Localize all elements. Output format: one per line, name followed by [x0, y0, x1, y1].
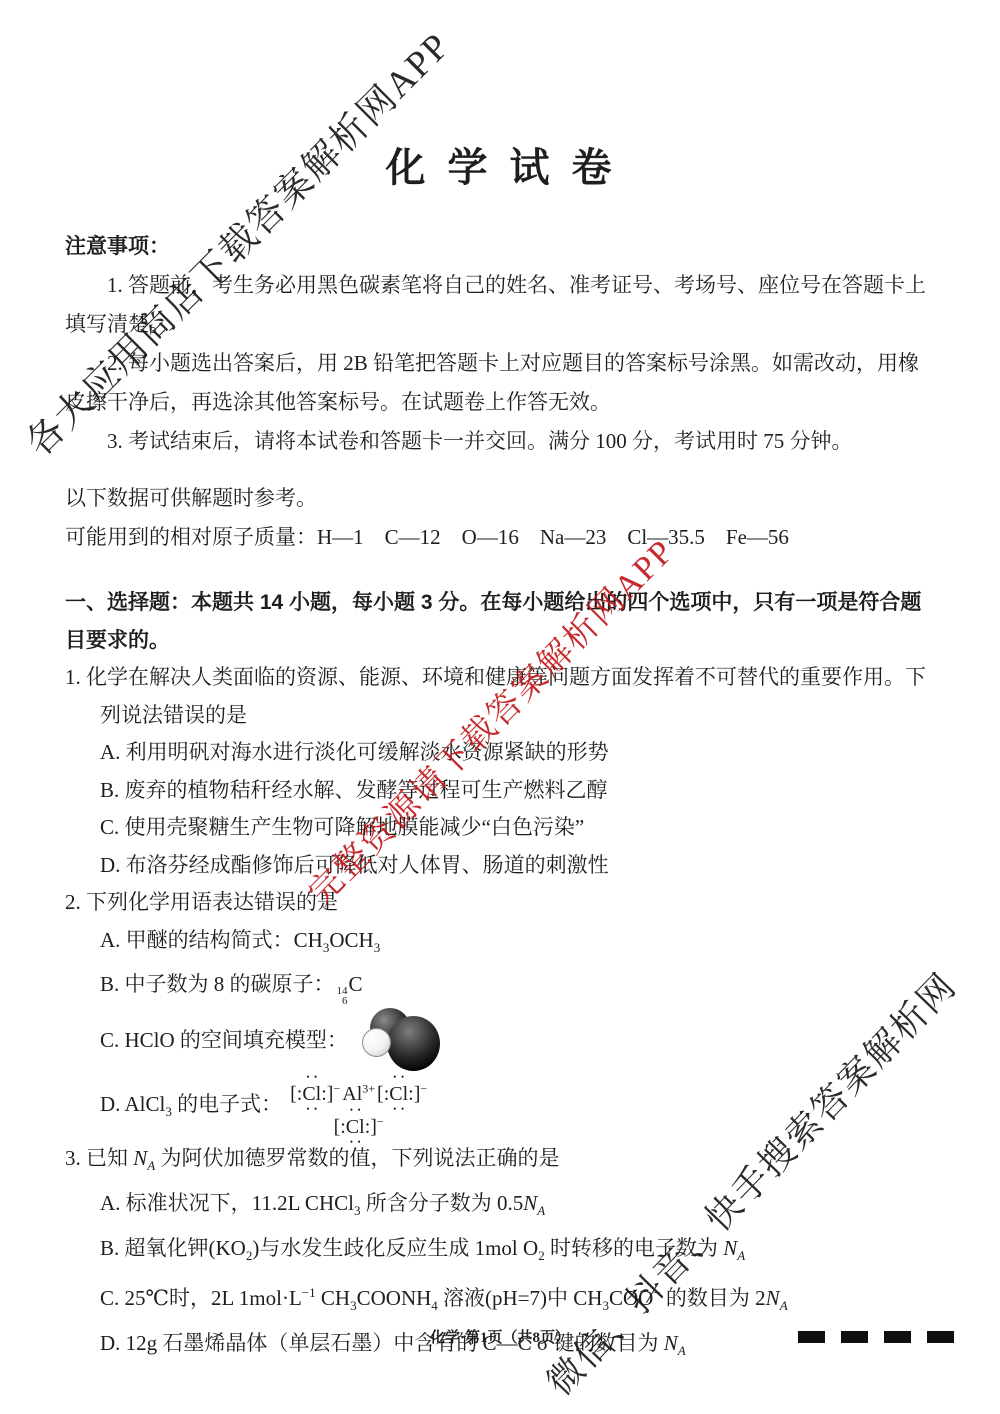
notice-item-2: 2. 每小题选出答案后，用 2B 铅笔把答题卡上对应题目的答案标号涂黑。如需改动… — [65, 344, 938, 422]
hydrogen-sphere — [362, 1028, 391, 1057]
question-3-stem: 3. 已知 NA 为阿伏加德罗常数的值，下列说法正确的是 — [65, 1140, 938, 1185]
hclo-spacefill-model — [362, 1008, 440, 1074]
question-2-stem: 2. 下列化学用语表达错误的是 — [65, 884, 938, 922]
question-1: 1. 化学在解决人类面临的资源、能源、环境和健康等问题方面发挥着不可替代的重要作… — [65, 659, 938, 884]
lewis-top-row: [:Cl:]−Al3+[:Cl:]− — [290, 1083, 427, 1105]
notice-heading: 注意事项： — [65, 227, 938, 266]
notice-item-1: 1. 答题前，考生务必用黑色碳素笔将自己的姓名、准考证号、考场号、座位号在答题卡… — [65, 266, 938, 344]
chlorine-atom: Cl — [389, 1081, 408, 1108]
question-1-option-a: A. 利用明矾对海水进行淡化可缓解淡水资源紧缺的形势 — [100, 734, 938, 772]
charge-3plus: 3+ — [362, 1082, 375, 1096]
reference-masses-line: 可能用到的相对原子质量：H—1 C—12 O—16 Na—23 Cl—35.5 … — [65, 518, 938, 557]
question-1-stem: 1. 化学在解决人类面临的资源、能源、环境和健康等问题方面发挥着不可替代的重要作… — [65, 659, 938, 734]
alcl3-lewis-structure: [:Cl:]−Al3+[:Cl:]−[:Cl:]− — [290, 1076, 427, 1141]
question-3-option-a: A. 标准状况下，11.2L CHCl3 所含分子数为 0.5NA — [100, 1185, 938, 1230]
chloride-ion-unit: [:Cl:]− — [290, 1083, 340, 1105]
notice-item-3: 3. 考试结束后，请将本试卷和答题卡一并交回。满分 100 分，考试用时 75 … — [65, 422, 938, 461]
registration-mark — [841, 1331, 868, 1343]
question-2-option-b: B. 中子数为 8 的碳原子：146C — [100, 966, 938, 1006]
question-1-option-d: D. 布洛芬经成酯修饰后可降低对人体胃、肠道的刺激性 — [100, 847, 938, 885]
chloride-ion-unit: [:Cl:]− — [334, 1116, 384, 1138]
aluminum-cation: Al3+ — [342, 1083, 375, 1105]
isotope-mass-number: 146 — [337, 986, 348, 1006]
page-title: 化 学 试 卷 — [65, 136, 938, 193]
question-2: 2. 下列化学用语表达错误的是A. 甲醚的结构简式：CH3OCH3B. 中子数为… — [65, 884, 938, 1140]
reference-masses-values: H—1 C—12 O—16 Na—23 Cl—35.5 Fe—56 — [317, 525, 789, 549]
charge-minus: − — [377, 1114, 384, 1128]
reference-intro: 以下数据可供解题时参考。 — [65, 479, 938, 518]
chlorine-atom: Cl — [346, 1114, 365, 1141]
question-1-option-b: B. 废弃的植物秸秆经水解、发酵等过程可生产燃料乙醇 — [100, 772, 938, 810]
charge-minus: − — [333, 1082, 340, 1096]
chlorine-sphere — [387, 1016, 440, 1071]
question-2-option-a: A. 甲醚的结构简式：CH3OCH3 — [100, 922, 938, 967]
registration-mark — [884, 1331, 911, 1343]
section-heading: 一、选择题：本题共 14 小题，每小题 3 分。在每小题给出的四个选项中，只有一… — [65, 584, 938, 659]
page-content: 化 学 试 卷 注意事项： 1. 答题前，考生务必用黑色碳素笔将自己的姓名、准考… — [65, 0, 938, 1370]
reference-masses-label: 可能用到的相对原子质量： — [65, 525, 317, 549]
charge-minus: − — [420, 1082, 427, 1096]
registration-mark — [927, 1331, 954, 1343]
isotope-sub: 6 — [342, 996, 348, 1006]
question-3-option-b: B. 超氧化钾(KO2)与水发生歧化反应生成 1mol O2 时转移的电子数为 … — [100, 1230, 938, 1275]
chloride-ion-unit: [:Cl:]− — [377, 1083, 427, 1105]
question-2-option-d-label: D. AlCl3 的电子式： — [100, 1086, 282, 1131]
chlorine-atom: Cl — [302, 1081, 321, 1108]
question-1-option-c: C. 使用壳聚糖生产生物可降解地膜能减少“白色污染” — [100, 809, 938, 847]
question-3-option-c: C. 25℃时，2L 1mol·L−1 CH3COONH4 溶液(pH=7)中 … — [100, 1274, 938, 1325]
questions-list: 1. 化学在解决人类面临的资源、能源、环境和健康等问题方面发挥着不可替代的重要作… — [65, 659, 938, 1370]
question-2-option-c: C. HClO 的空间填充模型： — [100, 1006, 938, 1076]
registration-marks — [798, 1331, 954, 1343]
registration-mark — [798, 1331, 825, 1343]
question-2-option-d: D. AlCl3 的电子式：[:Cl:]−Al3+[:Cl:]−[:Cl:]− — [100, 1076, 938, 1140]
question-2-option-c-label: C. HClO 的空间填充模型： — [100, 1022, 348, 1060]
exam-paper-page: 化 学 试 卷 注意事项： 1. 答题前，考生务必用黑色碳素笔将自己的姓名、准考… — [0, 0, 1000, 1414]
